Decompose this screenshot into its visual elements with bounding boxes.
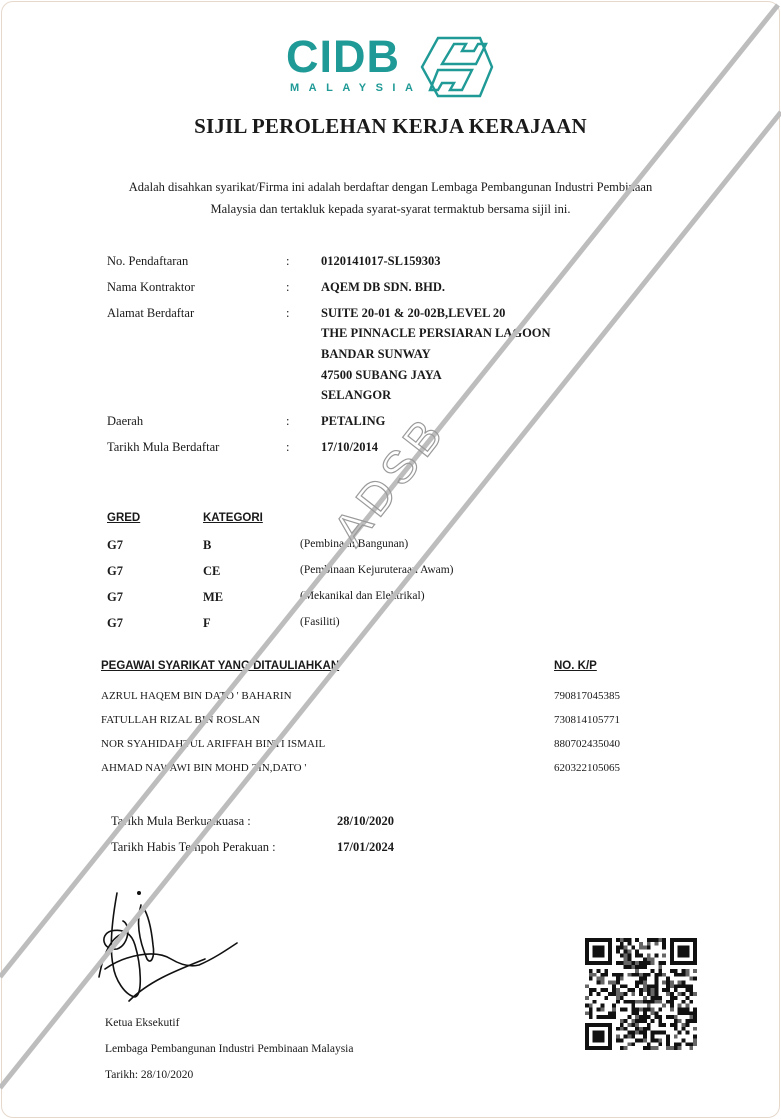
registration-date-label: Tarikh Mula Berdaftar (107, 440, 219, 455)
officer-name: FATULLAH RIZAL BIN ROSLAN (101, 714, 260, 726)
officer-name: NOR SYAHIDAHTUL ARIFFAH BINTI ISMAIL (101, 738, 325, 750)
cidb-hexagon-logo-icon (420, 36, 494, 98)
address-line: THE PINNACLE PERSIARAN LAGOON (321, 326, 551, 341)
category-code: B (203, 538, 211, 553)
category-code: F (203, 616, 211, 631)
grade-value: G7 (107, 538, 123, 553)
address-line: SUITE 20-01 & 20-02B,LEVEL 20 (321, 306, 505, 321)
category-description: (Pembinaan Kejuruteraan Awam) (300, 564, 454, 576)
address-line: 47500 SUBANG JAYA (321, 368, 442, 383)
colon: : (286, 254, 289, 269)
address-line: BANDAR SUNWAY (321, 347, 431, 362)
address-line: SELANGOR (321, 388, 391, 403)
colon: : (286, 414, 289, 429)
contractor-name-value: AQEM DB SDN. BHD. (321, 280, 445, 295)
district-value: PETALING (321, 414, 385, 429)
officer-ic-number: 730814105771 (554, 714, 620, 726)
officers-name-header: PEGAWAI SYARIKAT YANG DITAULIAHKAN (101, 660, 339, 672)
intro-line-2: Malaysia dan tertakluk kepada syarat-sya… (0, 202, 781, 217)
qr-code[interactable] (585, 938, 697, 1050)
intro-line-1: Adalah disahkan syarikat/Firma ini adala… (0, 180, 781, 195)
grade-value: G7 (107, 616, 123, 631)
category-code: CE (203, 564, 220, 579)
validity-start-label: Tarikh Mula Berkuatkuasa : (111, 814, 251, 829)
officer-name: AHMAD NAWAWI BIN MOHD ZIN,DATO ' (101, 762, 306, 774)
validity-end-label: Tarikh Habis Tempoh Perakuan : (111, 840, 276, 855)
officer-ic-number: 790817045385 (554, 690, 620, 702)
logo-country: MALAYSIA (290, 82, 422, 94)
signature-image (95, 885, 245, 1010)
signatory-organization: Lembaga Pembangunan Industri Pembinaan M… (105, 1043, 353, 1055)
signatory-position: Ketua Eksekutif (105, 1017, 179, 1029)
colon: : (286, 280, 289, 295)
registration-date-value: 17/10/2014 (321, 440, 378, 455)
category-description: (Mekanikal dan Elektrikal) (300, 590, 425, 602)
officer-ic-number: 880702435040 (554, 738, 620, 750)
grade-value: G7 (107, 564, 123, 579)
cidb-logo: CIDB MALAYSIA (286, 36, 496, 100)
colon: : (286, 306, 289, 321)
validity-start-value: 28/10/2020 (337, 814, 394, 829)
contractor-name-label: Nama Kontraktor (107, 280, 195, 295)
certificate-title: SIJIL PEROLEHAN KERJA KERAJAAN (0, 114, 781, 139)
colon: : (286, 440, 289, 455)
validity-end-value: 17/01/2024 (337, 840, 394, 855)
signatory-date: Tarikh: 28/10/2020 (105, 1069, 193, 1081)
district-label: Daerah (107, 414, 143, 429)
logo-brand: CIDB (286, 32, 400, 82)
grade-header: GRED (107, 512, 140, 524)
category-description: (Fasiliti) (300, 616, 340, 628)
registration-no-label: No. Pendaftaran (107, 254, 188, 269)
address-label: Alamat Berdaftar (107, 306, 194, 321)
category-header: KATEGORI (203, 512, 263, 524)
officer-ic-number: 620322105065 (554, 762, 620, 774)
registration-no-value: 0120141017-SL159303 (321, 254, 440, 269)
category-code: ME (203, 590, 223, 605)
grade-value: G7 (107, 590, 123, 605)
officers-ic-header: NO. K/P (554, 660, 597, 672)
officer-name: AZRUL HAQEM BIN DATO ' BAHARIN (101, 690, 292, 702)
